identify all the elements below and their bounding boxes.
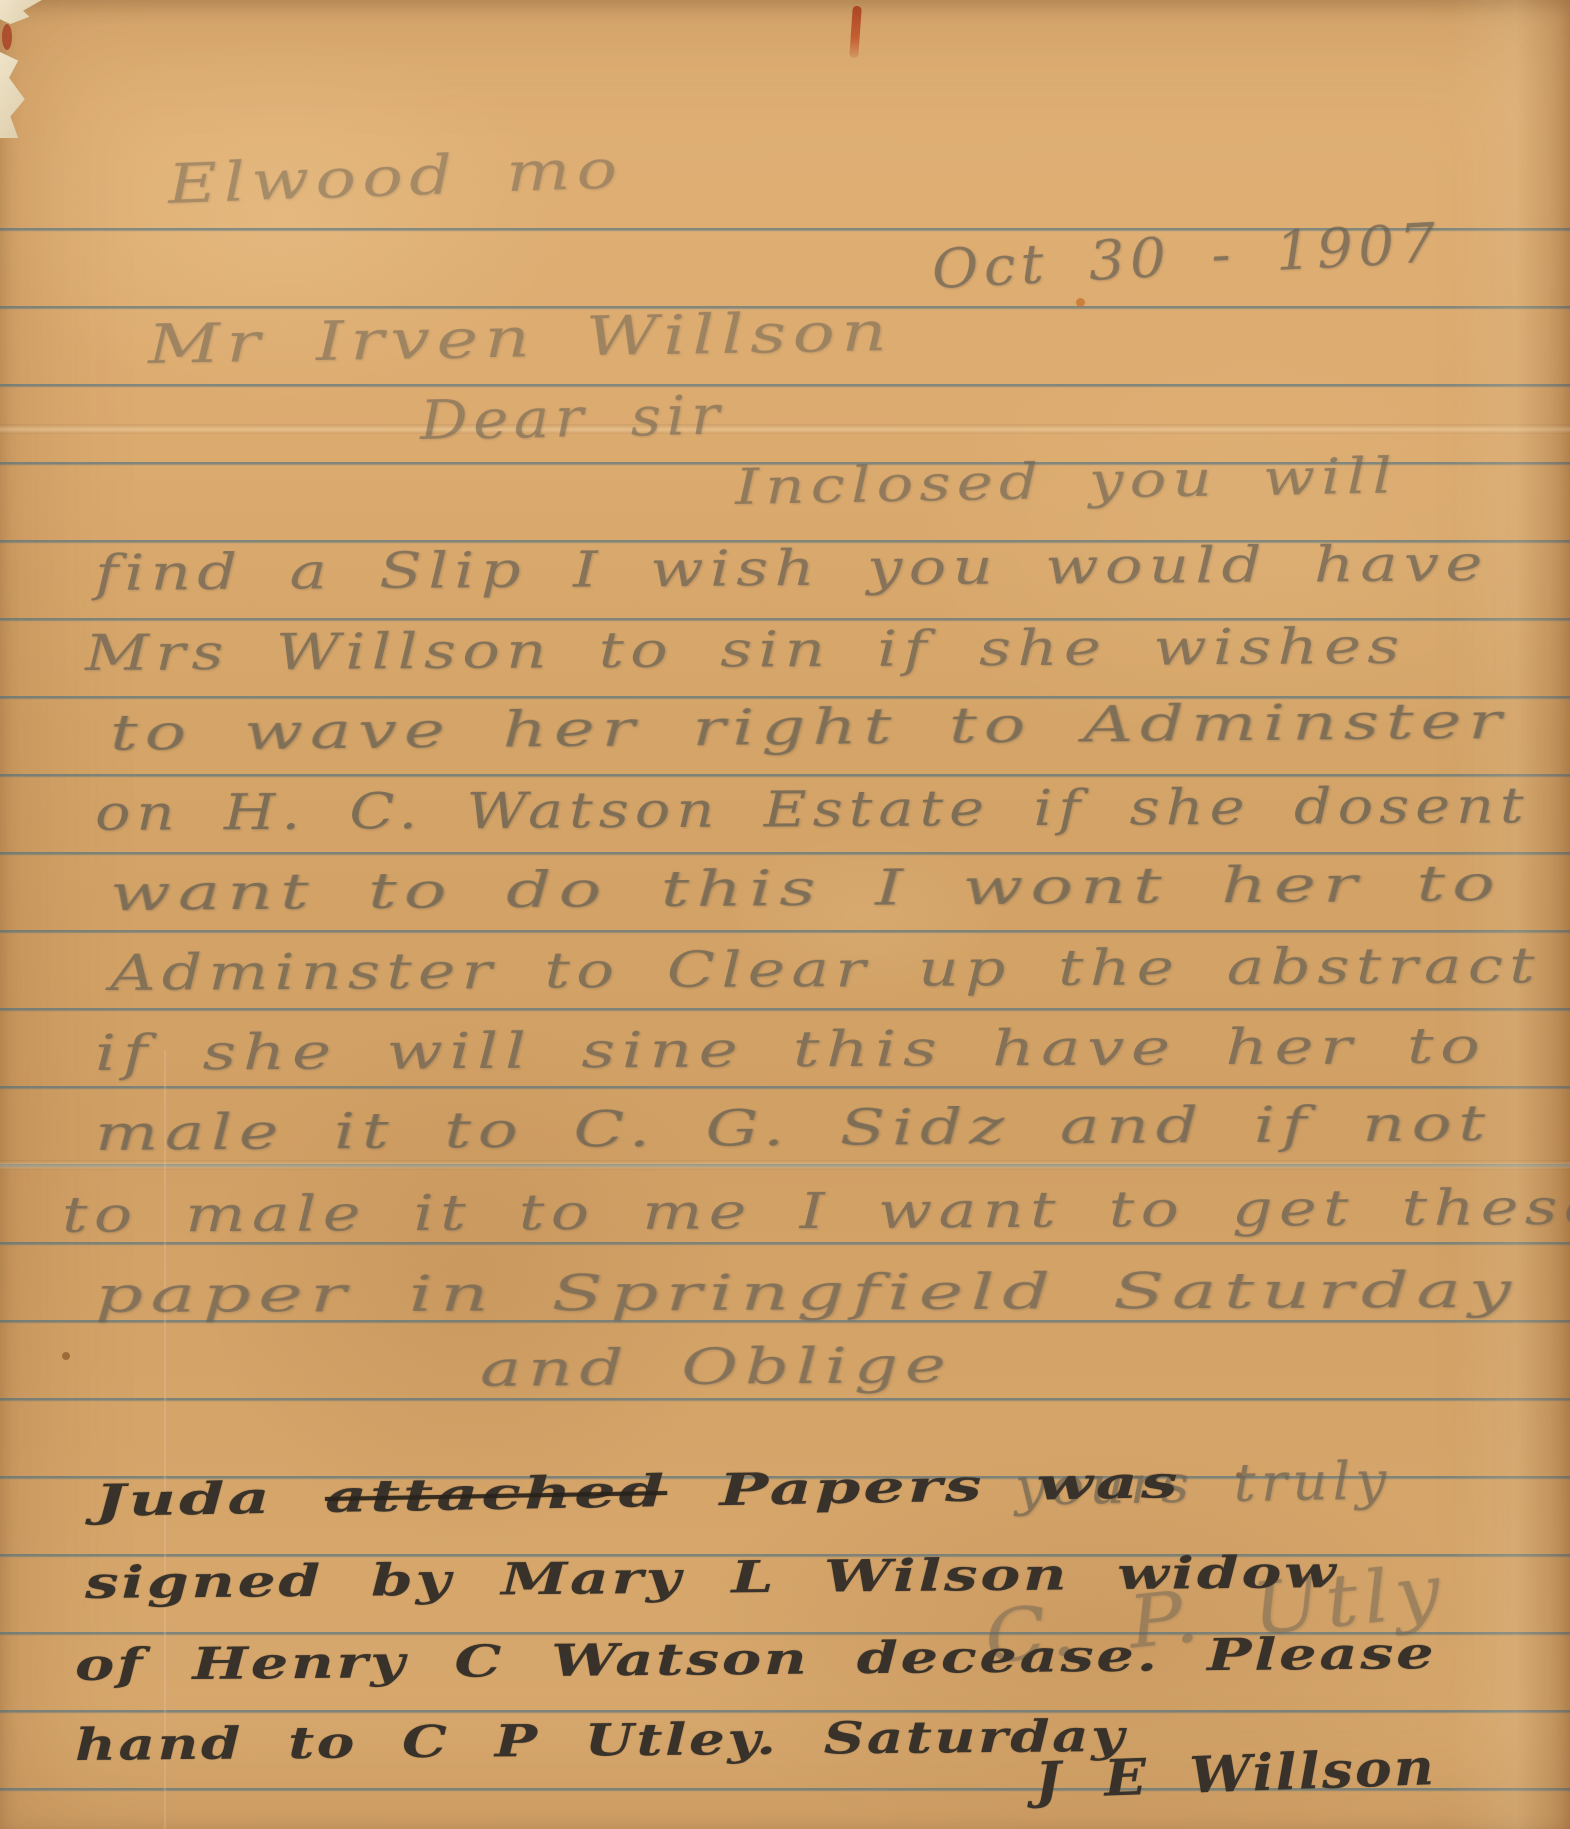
body-line: find a Slip I wish you would have <box>95 538 1489 598</box>
body-line: Adminster to Clear up the abstract <box>110 941 1541 998</box>
place-line: Elwood mo <box>167 142 624 212</box>
body-line: want to do this I wont her to <box>110 858 1502 918</box>
body-line: to male it to me I want to get these <box>62 1182 1570 1240</box>
body-line: to wave her right to Adminster <box>110 696 1509 758</box>
body-line: on H. C. Watson Estate if she dosent <box>95 780 1530 838</box>
body-line: and Oblige <box>480 1340 953 1394</box>
salutation: Dear sir <box>420 389 726 448</box>
paper-speck <box>2 24 12 50</box>
body-line: Mrs Willson to sin if she wishes <box>85 621 1406 678</box>
fold-crease-vertical <box>163 1050 167 1829</box>
ink-note-line: signed by Mary L Wilson widow <box>85 1551 1339 1606</box>
right-edge-fold <box>1450 0 1570 1829</box>
body-line: paper in Springfield Saturday <box>95 1265 1519 1320</box>
body-line: Inclosed you will <box>735 450 1399 512</box>
paper-speck <box>62 1352 70 1360</box>
ink-note-struck-word: attached <box>325 1466 668 1523</box>
recipient-line: Mr Irven Willson <box>148 305 894 372</box>
body-line: male it to C. G. Sidz and if not <box>95 1098 1492 1158</box>
scanned-letter-page: { "letter": { "place_line": "Elwood mo",… <box>0 0 1570 1829</box>
ink-note-word: Juda <box>95 1473 274 1527</box>
fold-crease <box>0 424 1570 434</box>
fold-crease <box>0 1160 1570 1170</box>
paper-speck <box>1076 298 1085 307</box>
ink-note-line: of Henry C Watson decease. Please <box>75 1632 1437 1688</box>
ink-signature: J E Willson <box>1034 1742 1437 1806</box>
ink-note-word: Papers was <box>719 1457 1181 1516</box>
ink-note-line: hand to C P Utley. Saturday <box>75 1715 1127 1768</box>
body-line: if she will sine this have her to <box>95 1021 1487 1078</box>
